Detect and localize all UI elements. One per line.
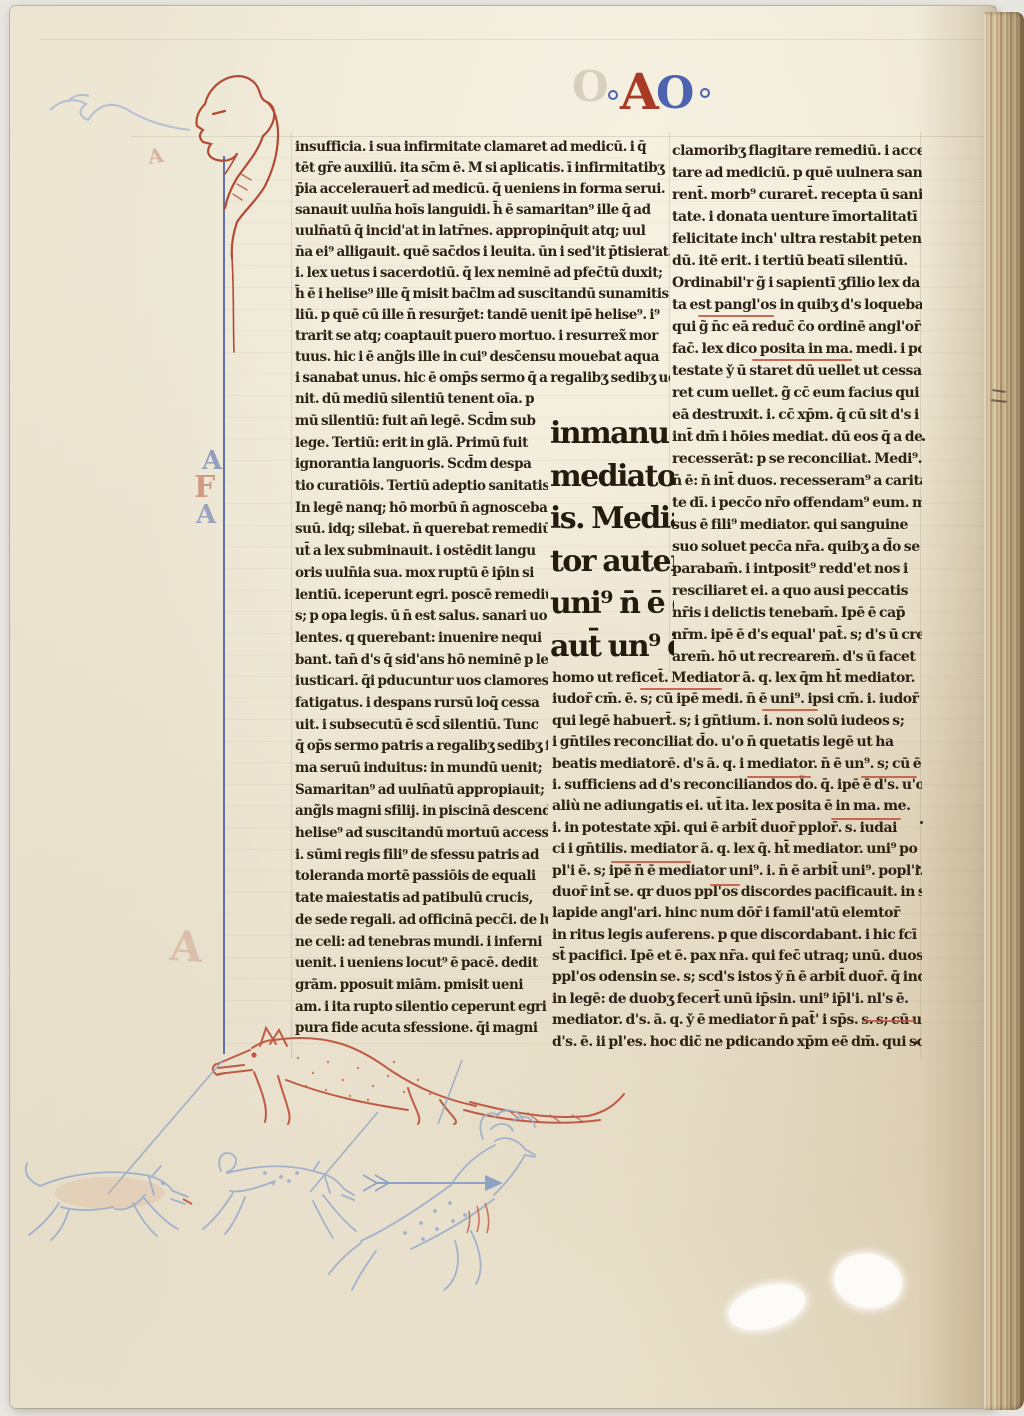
manuscript-photo: O A O A A F A A	[0, 0, 1024, 1416]
text-line: p̄ia accelerauert̄ ad medicū. q̄ ueniens…	[295, 179, 670, 200]
text-line: uenit. i ueniens locut⁹ ē pacē. dedit	[295, 953, 548, 975]
text-line: testate y̌ ū staret dū uellet ut cessa	[672, 360, 922, 382]
text-line: recesserāt: p se reconciliat. Medi⁹. ti.	[672, 448, 922, 470]
text-line: sus ē fili⁹ mediator. qui sanguine	[672, 514, 922, 536]
text-line: am. i ita rupto silentio ceperunt egri	[295, 997, 548, 1019]
edge-ink-mark	[991, 399, 1007, 403]
text-line: dū. itē erit. i tertiū beatī silentiū.	[672, 250, 922, 272]
header-ghost-letter: O	[572, 62, 609, 111]
right-column-upper: clamoribʒ flagitare remediū. i acceletar…	[672, 140, 922, 668]
parchment-hole	[830, 1249, 906, 1314]
text-line: Samaritan⁹ ad uuln̄atū appropiauit;	[295, 780, 548, 802]
text-line: suū. idq; silebat. n̄ querebat remediū	[295, 519, 548, 541]
text-line: n̄ ē: n̄ int̄ duos. recesseram⁹ a carita	[672, 470, 922, 492]
text-line: ppl'os odensin se. s; scd's istos y̌ n̄ …	[552, 967, 922, 988]
ink-dot	[915, 1041, 918, 1044]
book-fore-edge	[984, 12, 1024, 1410]
text-line: homo ut reficet̄. Mediator ā. q. lex q̄m…	[552, 668, 922, 689]
display-quote-mediator: inmanumediatoris. Mediator autemuni⁹ n̄ …	[550, 413, 674, 668]
text-line: lentiū. iceperunt egri. poscē remediū.	[295, 585, 548, 607]
ink-dot	[922, 438, 925, 441]
text-line: in ritus legis auferens. p que discordab…	[552, 925, 922, 946]
text-line: ut̄ a lex subminauit. i ostēdit langu	[295, 541, 548, 563]
text-line: lapide angl'ari. hinc num dōr̄ i famil'a…	[552, 903, 922, 924]
text-line: uni⁹ n̄ ē dſ	[550, 583, 674, 626]
red-underline	[747, 776, 811, 778]
text-line: uit. i subsecutū ē scd̄ silentiū. Tunc	[295, 715, 548, 737]
text-line: i. lex uetus i sacerdotiū. q̄ lex neminē…	[295, 263, 670, 284]
edge-ink-mark	[992, 389, 1006, 393]
text-line: uuln̄atū q̄ incid'at in latr̄nes. approp…	[295, 221, 670, 242]
text-line: tuus. hic i ē ang̃ls ille in cui⁹ desc̄e…	[295, 347, 670, 368]
text-line: int̄ dm̄ i hōies mediat. dū eos q̄ a deo	[672, 426, 922, 448]
text-line: suo soluet pecc̄a nr̄a. quibʒ a d̄o se	[672, 536, 922, 558]
text-line: tio curatiōis. Tertiū adeptio sanitatis.	[295, 476, 548, 498]
text-line: lege. Tertiū: erit in glā. Primū fuit	[295, 433, 548, 455]
header-letter-a: A	[620, 62, 659, 121]
text-line: tor autem	[550, 541, 674, 584]
text-line: toleranda mortē passiōis de equali	[295, 866, 548, 888]
text-line: lentes. q querebant: inuenire nequi	[295, 628, 548, 650]
leashed-hound-doodle	[203, 1153, 356, 1238]
text-line: te dī. i pecc̄o nr̄o offendam⁹ eum. mis	[672, 492, 922, 514]
text-line: nr̄is i delictis tenebam̄. Ipē ē cap̄	[672, 602, 922, 624]
text-line: beatis mediatorē. d's ā. q. i mediator. …	[552, 754, 922, 775]
margin-mark: A	[196, 500, 216, 530]
text-line: ma seruū induitus: in mundū uenit;	[295, 758, 548, 780]
text-line: ta est pangl'os in quibʒ d's loquebat̄	[672, 294, 922, 316]
text-line: h̄ ē i helise⁹ ille q̄ misit bac̄lm ad s…	[295, 284, 670, 305]
text-line: In legē nanq; hō morbū n̄ agnoscebat	[295, 498, 548, 520]
text-line: clamoribʒ flagitare remediū. i accele	[672, 140, 922, 162]
text-line: qui g̃ n̄c eā reduc̄ c̄o ordinē angl'or̄	[672, 316, 922, 338]
margin-mark: A	[146, 143, 165, 169]
text-line: aut̄ un⁹ ē.	[550, 626, 674, 669]
red-underline	[863, 1020, 915, 1022]
text-line: ignorantia languoris. Scd̄m despa	[295, 454, 548, 476]
text-line: pl'i ē. s; ipē n̄ ē mediator uni⁹. i. n̄…	[552, 861, 922, 882]
text-line: i sanabat unus. hic ē omp̄s sermo q̄ a r…	[295, 368, 670, 389]
text-line: mū silentiū: fuit an̄ legē. Scd̄m sub	[295, 411, 548, 433]
text-line: oris uuln̄ia sua. mox ruptū ē ip̄in si	[295, 563, 548, 585]
text-line: arem̄. hō ut recrearem̄. d's ū facet	[672, 646, 922, 668]
text-line: eā destruxit. i. cc̄ xp̄m. q̄ cū sit d's…	[672, 404, 922, 426]
left-column-lower: mū silentiū: fuit an̄ legē. Scd̄m subleg…	[295, 411, 548, 1040]
text-line: insufficia. i sua infirmitate clamaret a…	[295, 137, 670, 158]
text-line: i. sūmi regis fili⁹ de sfessu patris ad	[295, 845, 548, 867]
text-line: parabam̄. i intposit⁹ redd'et nos i	[672, 558, 922, 580]
parchment-page: O A O A A F A A	[10, 6, 996, 1408]
text-line: st̄ pacifici. Ipē et ē. pax nr̄a. qui fe…	[552, 946, 922, 967]
red-underline	[861, 776, 917, 778]
ink-dot	[918, 866, 921, 869]
text-line: i. in potestate xp̄i. qui ē arbit̄ duor̄…	[552, 818, 922, 839]
text-line: liū. p quē cū ille n̄ resurg̃et: tandē u…	[295, 305, 670, 326]
red-underline	[831, 818, 901, 820]
text-line: sanauit uuln̄a hoīs languidi. h̄ ē samar…	[295, 200, 670, 221]
text-line: ret cum uellet. g̃ cc̄ eum facius qui	[672, 382, 922, 404]
red-underline	[640, 688, 722, 690]
text-line: ang̃ls magni sfilij. in piscinā descend'…	[295, 801, 548, 823]
arrow-through-stag	[363, 1175, 503, 1191]
text-line: trarit se atq; coaptauit puero mortuo. i…	[295, 326, 670, 347]
margin-mark: A	[168, 921, 204, 972]
text-line: tēt gr̄e auxiliū. ita sc̄m ē. M si aplic…	[295, 158, 670, 179]
red-underline	[611, 861, 691, 863]
text-line: grām. pposuit miām. pmisit ueni	[295, 975, 548, 997]
header-letter-o: O	[656, 68, 694, 119]
text-line: is. Media	[550, 498, 674, 541]
text-line: i. sufficiens ad d's reconciliandos d̄o.…	[552, 775, 922, 796]
text-line: s; p opa legis. ū n̄ est salus. sanari u…	[295, 606, 548, 628]
text-line: inmanu	[550, 413, 674, 456]
hounds-and-stag-doodles	[25, 1111, 570, 1321]
text-line: nr̄m. ipē ē d's equal' pat̄. s; d's ū cr…	[672, 624, 922, 646]
column-rule-left	[291, 132, 292, 1058]
text-line: fac̄. lex dico posita in ma. medi. i po	[672, 338, 922, 360]
text-line: ci i gn̄tilis. mediator ā. q. lex q̄. ht…	[552, 839, 922, 860]
text-line: n̄a ei⁹ alligauit. quē sac̄dos i leuita.…	[295, 242, 670, 263]
text-line: in legē: de duobʒ fecert̄ unū ip̄sin. un…	[552, 989, 922, 1010]
text-line: iusticari. q̄i pducuntur uos clamores	[295, 671, 548, 693]
text-line: iudor̄ cm̄. ē. s; cū ipē medi. n̄ ē uni⁹…	[552, 689, 922, 710]
text-line: felicitate inch' ultra restabit peten	[672, 228, 922, 250]
header-dot-left	[608, 90, 618, 100]
text-line: tate maiestatis ad patibulū crucis,	[295, 888, 548, 910]
text-line: mediator	[550, 456, 674, 499]
text-line: ne celi: ad tenebras mundi. i inferni	[295, 932, 548, 954]
text-line: rent̄. morb⁹ curaret̄. recepta ū sani	[672, 184, 922, 206]
left-column-upper: insufficia. i sua infirmitate clamaret a…	[295, 137, 670, 410]
red-underline	[752, 359, 852, 361]
text-line: helise⁹ ad suscitandū mortuū accessit	[295, 823, 548, 845]
text-line: aliù ne adiungatis ei. ut̄ ita. lex posi…	[552, 796, 922, 817]
parchment-hole	[724, 1276, 811, 1338]
text-line: qui legē habuert̄. s; i gn̄tium. i. non …	[552, 711, 922, 732]
text-line: resciliaret ei. a quo ausi peccatis	[672, 580, 922, 602]
right-column-lower: homo ut reficet̄. Mediator ā. q. lex q̄m…	[552, 668, 922, 1053]
text-line: i gn̄tiles reconciliat d̄o. u'o n̄ queta…	[552, 732, 922, 753]
text-line: bant. tan̄ d's q̄ sid'ans hō neminē p le…	[295, 650, 548, 672]
header-dot-right	[700, 88, 710, 98]
text-line: nit. dū mediū silentiū tenent oīa. p	[295, 389, 670, 410]
text-line: tate. i donata uenture īmortalitatī	[672, 206, 922, 228]
red-underline	[710, 884, 740, 886]
text-line: q̄ op̄s sermo patris a regalibʒ sedibʒ f…	[295, 736, 548, 758]
top-ruling	[40, 39, 990, 40]
hooded-head-profile-doodle	[45, 58, 285, 358]
red-underline	[762, 709, 818, 711]
stag-pierced-by-arrow-doodle	[329, 1110, 535, 1290]
text-line: tare ad mediciū. p quē uulnera sana	[672, 162, 922, 184]
ink-dot	[920, 821, 923, 824]
text-line: de sede regali. ad officinā pecc̄i. de l…	[295, 910, 548, 932]
stag-blood-marks	[467, 1203, 489, 1233]
text-line: fatigatus. i despans rursū loq̄ cessa	[295, 693, 548, 715]
red-underline	[698, 315, 774, 317]
text-line: Ordinabil'r g̃ i sapientī ʒfilio lex da	[672, 272, 922, 294]
